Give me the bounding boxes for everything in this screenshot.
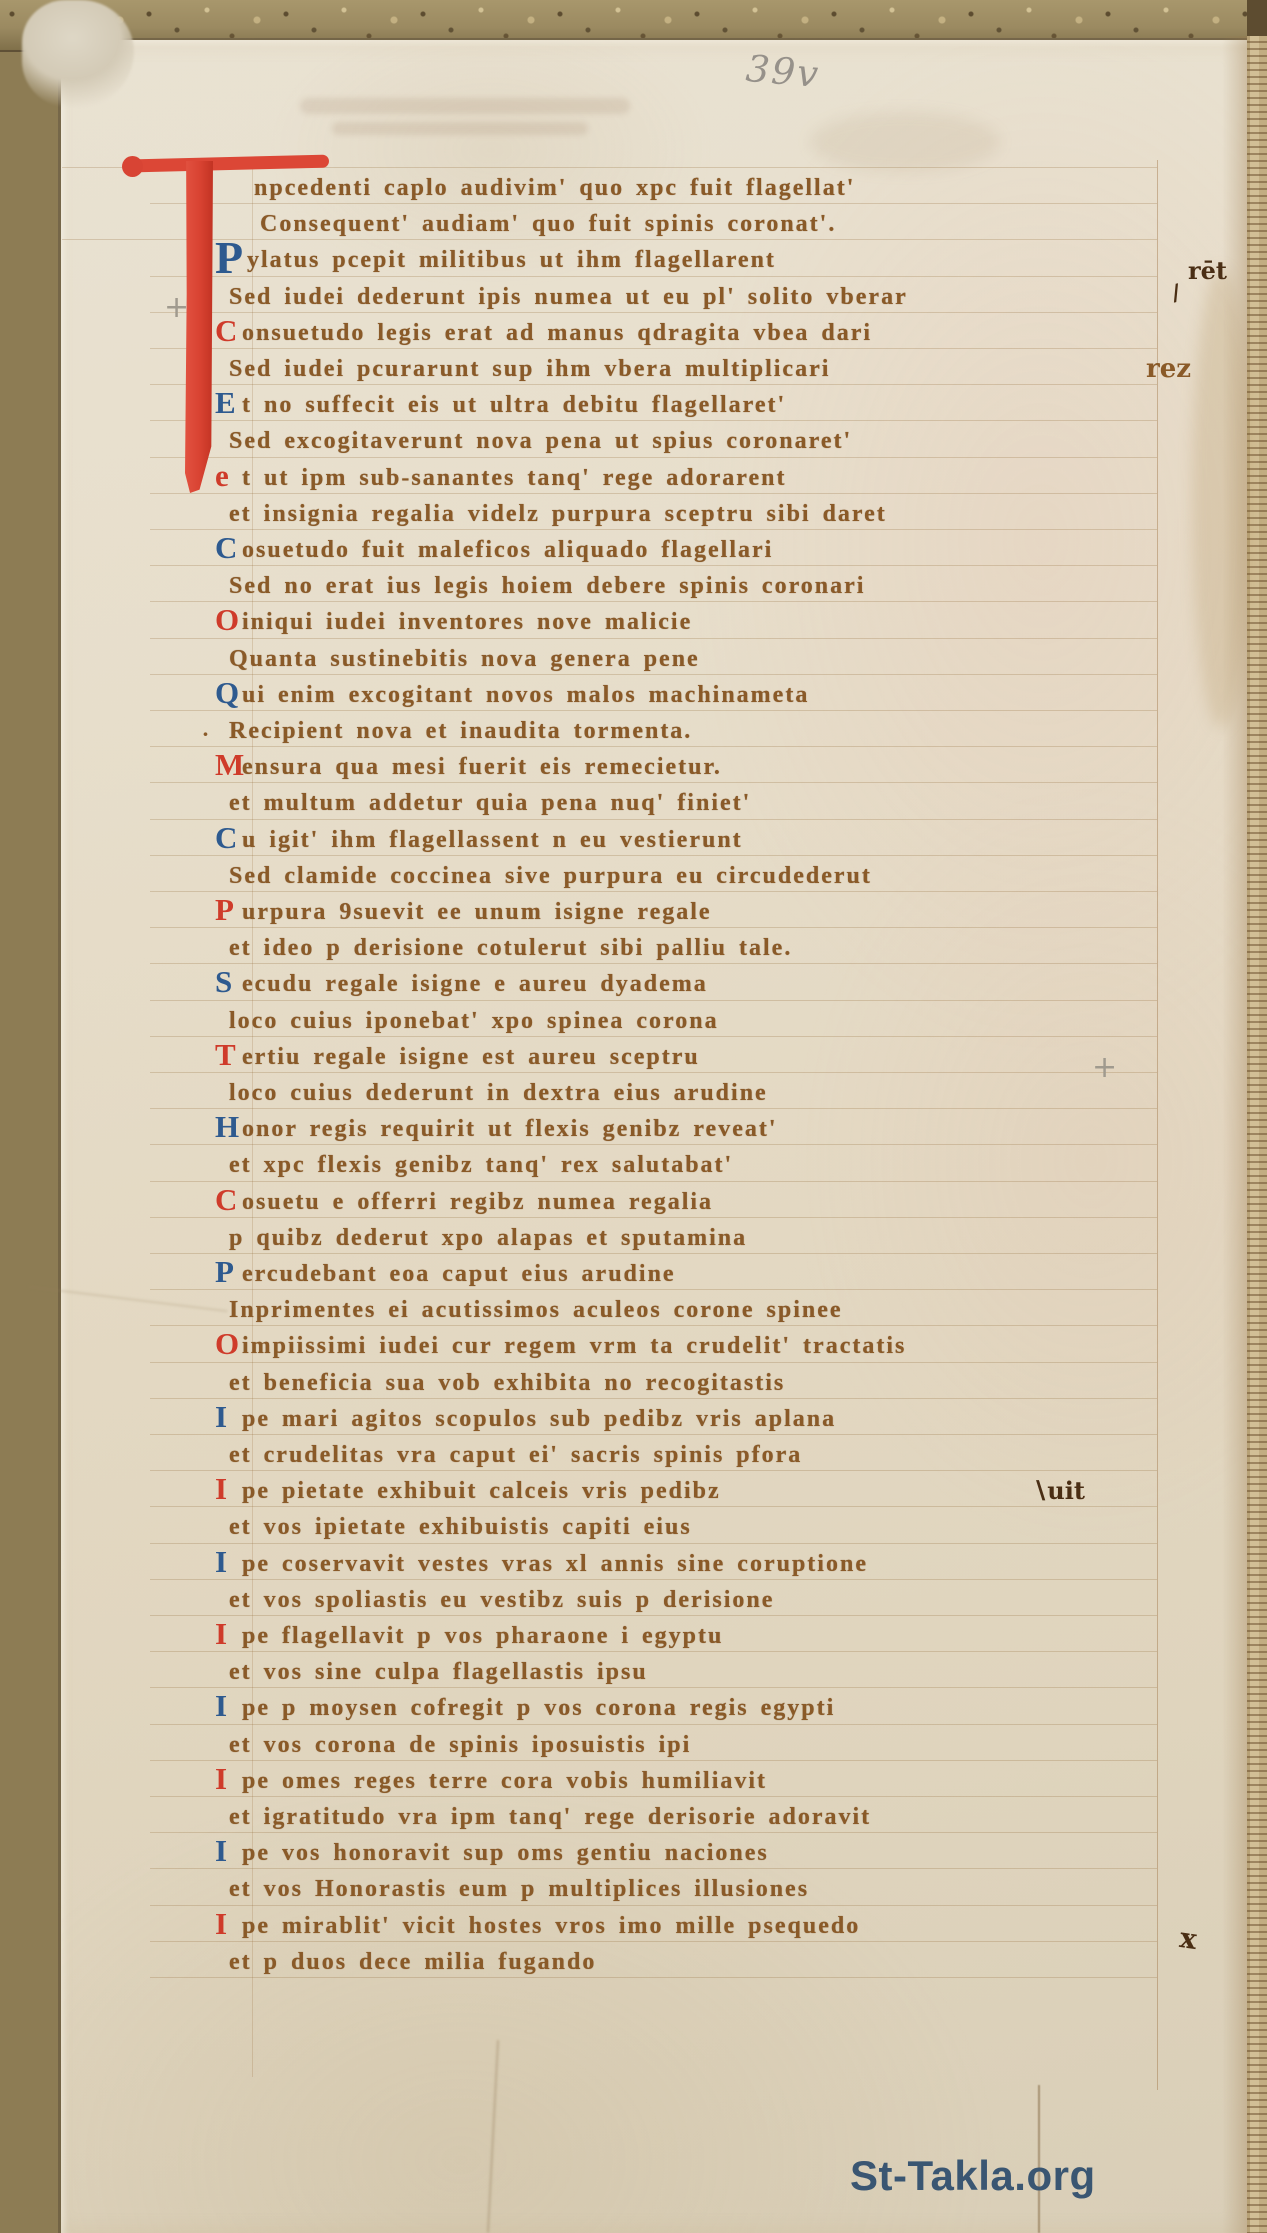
line-text: Quanta sustinebitis nova genera pene: [229, 646, 700, 672]
manuscript-line: Consequent' audiam' quo fuit spinis coro…: [246, 206, 836, 242]
manuscript-line: loco cuius iponebat' xpo spinea corona: [215, 1003, 719, 1039]
manuscript-line: Sed iudei pcurarunt sup ihm vbera multip…: [215, 351, 830, 387]
parchment-stain: [810, 112, 1000, 172]
manuscript-line: Ipe mari agitos scopulos sub pedibz vris…: [215, 1401, 836, 1437]
manuscript-line: Inprimentes ei acutissimos aculeos coron…: [215, 1292, 843, 1328]
line-text: ylatus pcepit militibus ut ihm flagellar…: [247, 247, 776, 273]
marginal-note: ·: [202, 722, 209, 746]
line-text: et xpc flexis genibz tanq' rex salutabat…: [229, 1152, 733, 1178]
illuminated-initial: C: [215, 1185, 242, 1215]
manuscript-line: Oimpiissimi iudei cur regem vrm ta crude…: [215, 1328, 906, 1364]
manuscript-line: et vos corona de spinis iposuistis ipi: [215, 1727, 691, 1763]
line-text: t ut ipm sub-sanantes tanq' rege adorare…: [242, 465, 786, 491]
line-text: onor regis requirit ut flexis genibz rev…: [242, 1116, 778, 1142]
manuscript-line: Pylatus pcepit militibus ut ihm flagella…: [215, 242, 776, 278]
line-text: Sed excogitaverunt nova pena ut spius co…: [229, 428, 852, 454]
fore-edge-top-dark: [1247, 0, 1267, 36]
manuscript-line: et crudelitas vra caput ei' sacris spini…: [215, 1437, 802, 1473]
manuscript-line: et igratitudo vra ipm tanq' rege derisor…: [215, 1799, 871, 1835]
line-text: pe vos honoravit sup oms gentiu naciones: [242, 1840, 769, 1866]
illuminated-initial: S: [215, 967, 242, 997]
line-text: pe p moysen cofregit p vos corona regis …: [242, 1695, 835, 1721]
manuscript-line: Sed excogitaverunt nova pena ut spius co…: [215, 423, 852, 459]
manuscript-line: Cu igit' ihm flagellassent n eu vestieru…: [215, 822, 743, 858]
marginal-note: +: [1092, 1050, 1117, 1085]
line-text: loco cuius dederunt in dextra eius arudi…: [229, 1080, 768, 1106]
line-text: et vos ipietate exhibuistis capiti eius: [229, 1514, 692, 1540]
line-text: osuetu e offerri regibz numea regalia: [242, 1189, 713, 1215]
line-text: Consequent' audiam' quo fuit spinis coro…: [260, 211, 836, 237]
watermark-text: St-Takla.org: [850, 2152, 1096, 2200]
line-text: pe omes reges terre cora vobis humiliavi…: [242, 1768, 767, 1794]
manuscript-line: Cosuetu e offerri regibz numea regalia: [215, 1184, 713, 1220]
line-text: onsuetudo legis erat ad manus qdragita v…: [242, 320, 872, 346]
manuscript-line: et vos spoliastis eu vestibz suis p deri…: [215, 1582, 774, 1618]
line-text: osuetudo fuit maleficos aliquado flagell…: [242, 537, 773, 563]
illuminated-initial: P: [215, 895, 242, 925]
line-text: pe mari agitos scopulos sub pedibz vris …: [242, 1406, 836, 1432]
manuscript-line: Ipe omes reges terre cora vobis humiliav…: [215, 1763, 767, 1799]
illuminated-initial: E: [215, 388, 242, 418]
drop-cap-stem: [185, 161, 213, 493]
illuminated-initial: I: [215, 1547, 242, 1577]
show-through-text: [300, 98, 630, 114]
manuscript-line: et vos Honorastis eum p multiplices illu…: [215, 1871, 809, 1907]
manuscript-line: et vos ipietate exhibuistis capiti eius: [215, 1509, 692, 1545]
line-text: ensura qua mesi fuerit eis remecietur.: [242, 754, 722, 780]
marginal-note: rez: [1146, 354, 1191, 384]
manuscript-line: Ipe p moysen cofregit p vos corona regis…: [215, 1690, 835, 1726]
manuscript-line: Oiniqui iudei inventores nove malicie: [215, 604, 692, 640]
manuscript-line: Et no suffecit eis ut ultra debitu flage…: [215, 387, 786, 423]
line-text: pe mirablit' vicit hostes vros imo mille…: [242, 1913, 860, 1939]
manuscript-line: Ipe mirablit' vicit hostes vros imo mill…: [215, 1908, 860, 1944]
illuminated-initial: C: [215, 316, 242, 346]
manuscript-line: et beneficia sua vob exhibita no recogit…: [215, 1365, 785, 1401]
manuscript-line: Percudebant eoa caput eius arudine: [215, 1256, 676, 1292]
line-text: iniqui iudei inventores nove malicie: [242, 609, 692, 635]
line-text: et vos corona de spinis iposuistis ipi: [229, 1732, 691, 1758]
illuminated-initial: O: [215, 605, 242, 635]
line-text: et ideo p derisione cotulerut sibi palli…: [229, 935, 792, 961]
line-text: u igit' ihm flagellassent n eu vestierun…: [242, 827, 743, 853]
manuscript-line: Purpura 9suevit ee unum isigne regale: [215, 894, 712, 930]
line-text: Sed iudei dederunt ipis numea ut eu pl' …: [229, 284, 908, 310]
line-text: t no suffecit eis ut ultra debitu flagel…: [242, 392, 786, 418]
illuminated-initial: I: [215, 1764, 242, 1794]
manuscript-line: Ipe vos honoravit sup oms gentiu nacione…: [215, 1835, 769, 1871]
manuscript-line: et ut ipm sub-sanantes tanq' rege adorar…: [215, 460, 786, 496]
illuminated-initial: I: [215, 1836, 242, 1866]
illuminated-initial: I: [215, 1909, 242, 1939]
manuscript-line: Ipe flagellavit p vos pharaone i egyptu: [215, 1618, 723, 1654]
manuscript-line: et insignia regalia videlz purpura scept…: [215, 496, 887, 532]
manuscript-line: et vos sine culpa flagellastis ipsu: [215, 1654, 648, 1690]
parchment-stain: [1192, 268, 1250, 728]
line-text: et multum addetur quia pena nuq' finiet': [229, 790, 751, 816]
manuscript-line: Sed iudei dederunt ipis numea ut eu pl' …: [215, 279, 908, 315]
manuscript-line: Honor regis requirit ut flexis genibz re…: [215, 1111, 778, 1147]
illuminated-initial: e: [215, 461, 242, 491]
illuminated-initial: P: [215, 1257, 242, 1287]
line-text: et vos Honorastis eum p multiplices illu…: [229, 1876, 809, 1902]
manuscript-line: Recipient nova et inaudita tormenta.: [215, 713, 692, 749]
line-text: loco cuius iponebat' xpo spinea corona: [229, 1008, 719, 1034]
illuminated-initial: O: [215, 1329, 242, 1359]
illuminated-initial: I: [215, 1474, 242, 1504]
illuminated-initial: M: [215, 750, 242, 780]
illuminated-initial: P: [215, 240, 247, 276]
manuscript-line: Qui enim excogitant novos malos machinam…: [215, 677, 809, 713]
manuscript-line: Consuetudo legis erat ad manus qdragita …: [215, 315, 872, 351]
line-text: ertiu regale isigne est aureu sceptru: [242, 1044, 700, 1070]
line-text: impiissimi iudei cur regem vrm ta crudel…: [242, 1333, 906, 1359]
marginal-note: +: [164, 290, 189, 325]
manuscript-line: Cosuetudo fuit maleficos aliquado flagel…: [215, 532, 773, 568]
line-text: pe flagellavit p vos pharaone i egyptu: [242, 1623, 723, 1649]
line-text: et beneficia sua vob exhibita no recogit…: [229, 1370, 785, 1396]
right-ruling-line: [1157, 160, 1158, 2090]
illuminated-initial: C: [215, 823, 242, 853]
manuscript-line: Mensura qua mesi fuerit eis remecietur.: [215, 749, 722, 785]
illuminated-initial: T: [215, 1040, 242, 1070]
line-text: et crudelitas vra caput ei' sacris spini…: [229, 1442, 802, 1468]
manuscript-line: et multum addetur quia pena nuq' finiet': [215, 785, 751, 821]
manuscript-line: Ipe pietate exhibuit calceis vris pedibz: [215, 1473, 721, 1509]
manuscript-line: Secudu regale isigne e aureu dyadema: [215, 966, 708, 1002]
line-text: p quibz dederut xpo alapas et sputamina: [229, 1225, 747, 1251]
marginal-note: ∖uit: [1032, 1476, 1085, 1505]
line-text: et igratitudo vra ipm tanq' rege derisor…: [229, 1804, 871, 1830]
line-text: Inprimentes ei acutissimos aculeos coron…: [229, 1297, 843, 1323]
illuminated-initial: I: [215, 1402, 242, 1432]
marginal-note: rēt: [1188, 256, 1227, 285]
manuscript-line: Tertiu regale isigne est aureu sceptru: [215, 1039, 700, 1075]
line-text: pe pietate exhibuit calceis vris pedibz: [242, 1478, 721, 1504]
line-text: urpura 9suevit ee unum isigne regale: [242, 899, 712, 925]
manuscript-line: p quibz dederut xpo alapas et sputamina: [215, 1220, 747, 1256]
book-binding-edge: [0, 44, 62, 2233]
illuminated-initial: C: [215, 533, 242, 563]
line-text: Sed iudei pcurarunt sup ihm vbera multip…: [229, 356, 830, 382]
line-text: ecudu regale isigne e aureu dyadema: [242, 971, 708, 997]
line-text: Sed clamide coccinea sive purpura eu cir…: [229, 863, 872, 889]
manuscript-line: Quanta sustinebitis nova genera pene: [215, 641, 700, 677]
line-text: et insignia regalia videlz purpura scept…: [229, 501, 887, 527]
manuscript-line: npcedenti caplo audivim' quo xpc fuit fl…: [240, 170, 855, 206]
illuminated-initial: Q: [215, 678, 242, 708]
line-text: npcedenti caplo audivim' quo xpc fuit fl…: [254, 175, 855, 201]
line-text: ui enim excogitant novos malos machiname…: [242, 682, 809, 708]
illuminated-initial: I: [215, 1691, 242, 1721]
manuscript-line: et xpc flexis genibz tanq' rex salutabat…: [215, 1147, 733, 1183]
manuscript-line: et ideo p derisione cotulerut sibi palli…: [215, 930, 792, 966]
line-text: Sed no erat ius legis hoiem debere spini…: [229, 573, 865, 599]
illuminated-initial: I: [215, 1619, 242, 1649]
manuscript-line: Sed clamide coccinea sive purpura eu cir…: [215, 858, 872, 894]
show-through-text: [332, 122, 588, 135]
manuscript-line: Sed no erat ius legis hoiem debere spini…: [215, 568, 865, 604]
manuscript-line: et p duos dece milia fugando: [215, 1944, 596, 1980]
line-text: ercudebant eoa caput eius arudine: [242, 1261, 676, 1287]
line-text: et p duos dece milia fugando: [229, 1949, 596, 1975]
drop-cap-knob: [122, 156, 143, 177]
manuscript-line: loco cuius dederunt in dextra eius arudi…: [215, 1075, 768, 1111]
folio-number: 39v: [744, 47, 821, 96]
line-text: pe coservavit vestes vras xl annis sine …: [242, 1551, 868, 1577]
illuminated-initial: H: [215, 1112, 242, 1142]
line-text: Recipient nova et inaudita tormenta.: [229, 718, 692, 744]
line-text: et vos spoliastis eu vestibz suis p deri…: [229, 1587, 774, 1613]
manuscript-line: Ipe coservavit vestes vras xl annis sine…: [215, 1546, 868, 1582]
line-text: et vos sine culpa flagellastis ipsu: [229, 1659, 648, 1685]
facing-page-fore-edge: [1247, 34, 1267, 2233]
